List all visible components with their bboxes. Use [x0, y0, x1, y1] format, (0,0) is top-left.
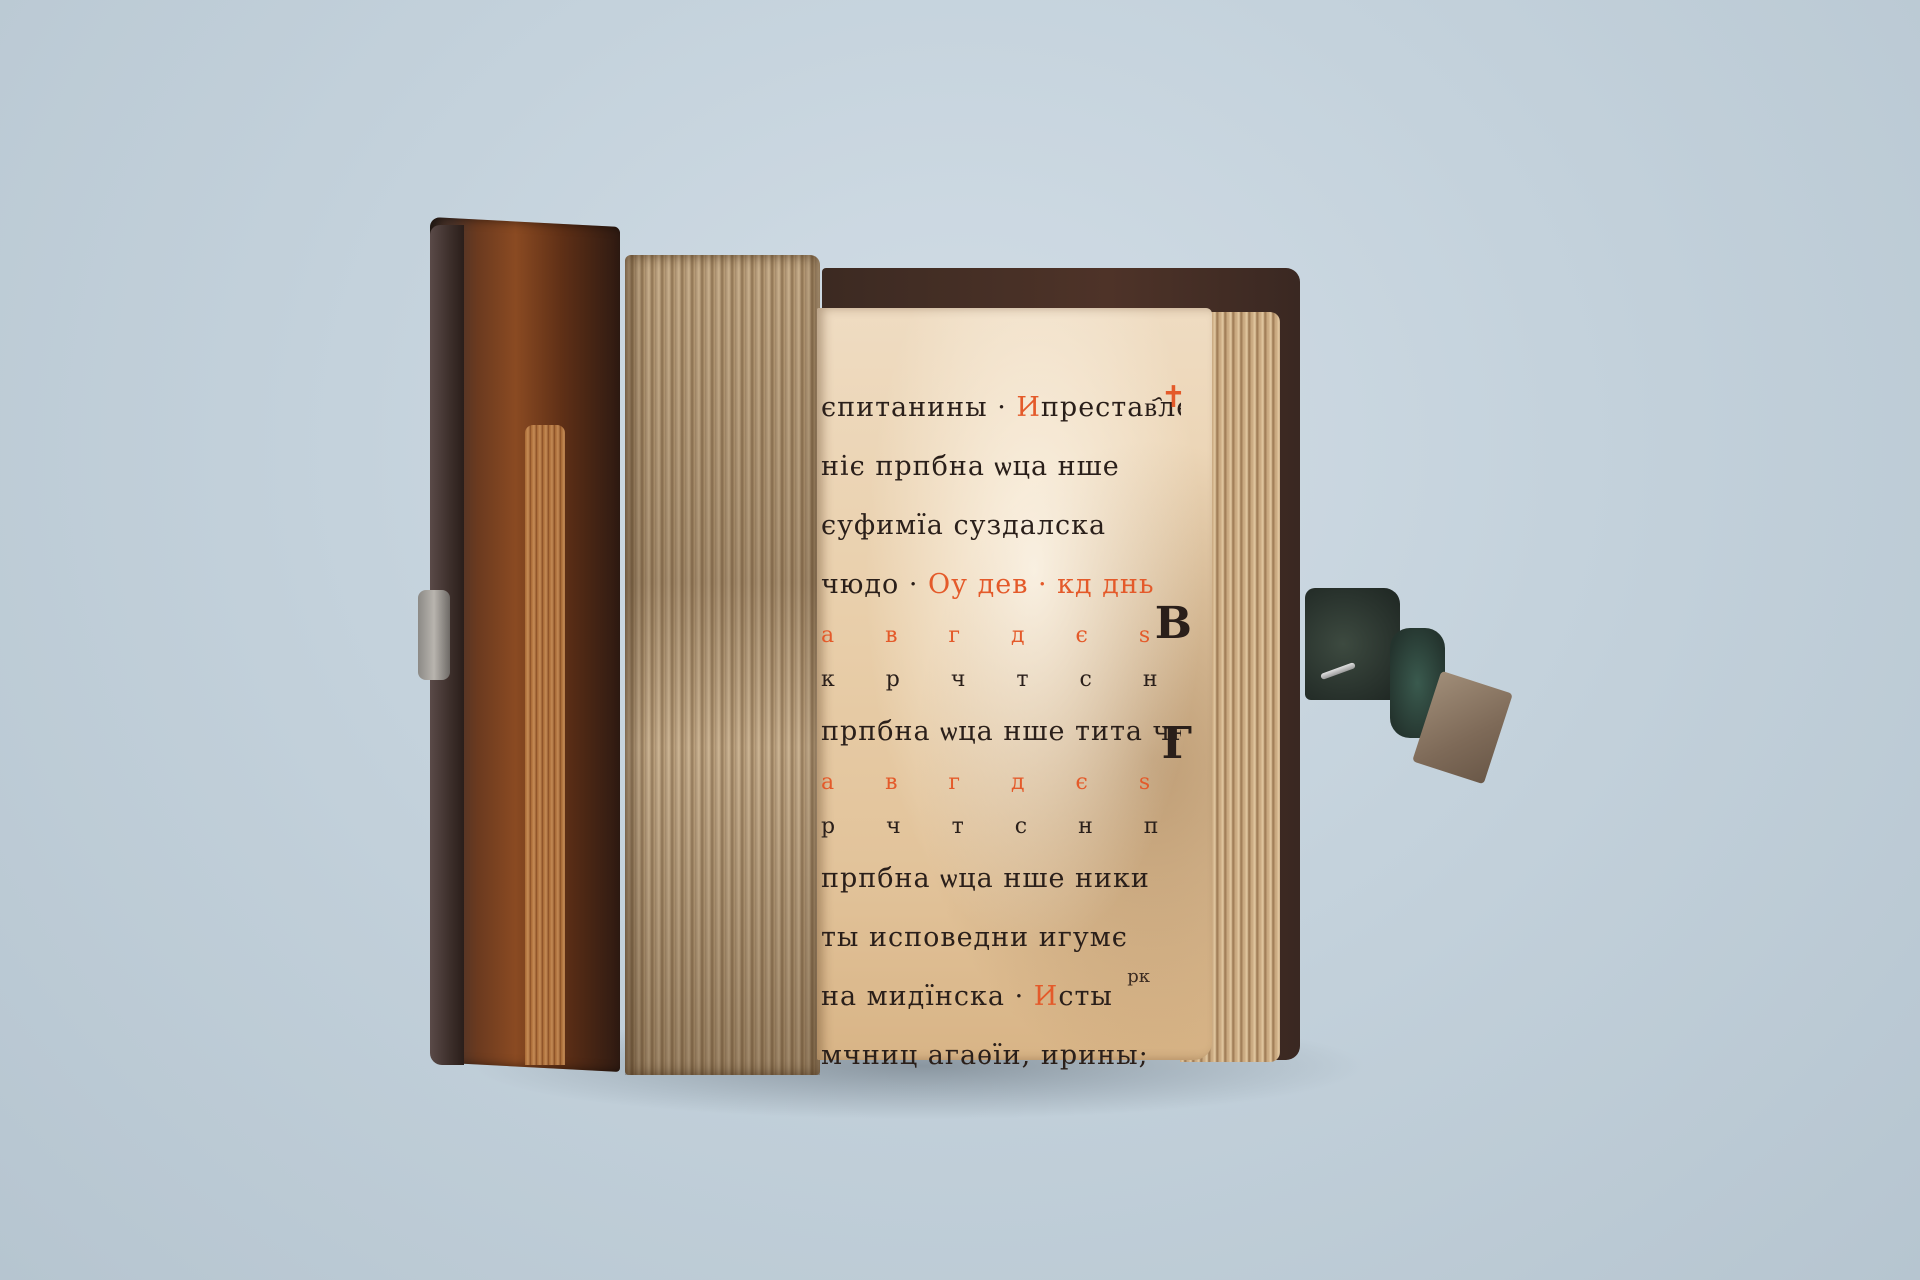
page-block-fore-edge: [625, 255, 820, 1075]
clasp-strap: [1305, 588, 1400, 700]
text-line: а в г д є ѕ з: [821, 761, 1181, 805]
manuscript-page: єпитанины · Ипрестав҄ле ніє прпбна ѡца н…: [817, 308, 1212, 1060]
margin-letter-v: В: [1155, 598, 1192, 649]
text-line: ніє прпбна ѡца нше: [821, 437, 1181, 496]
rubric-cross-mark: ✝: [1161, 380, 1186, 415]
folio-number: рк: [1127, 966, 1150, 987]
text-line: а в г д є ѕ з: [821, 614, 1181, 658]
text-line: р ч т с н п в: [821, 805, 1181, 849]
text-line: єпитанины · Ипрестав҄ле: [821, 378, 1181, 437]
left-clasp-catch: [418, 590, 450, 680]
margin-letter-g: Г: [1162, 718, 1192, 769]
loose-leaves: [525, 425, 565, 1065]
text-line: к р ч т с н п: [821, 658, 1181, 702]
text-line: прпбна ѡца нше тита чюд: [821, 702, 1181, 761]
text-line: єуфимїа суздалска: [821, 496, 1181, 555]
text-line: чюдо · Оу дев · кд днь: [821, 555, 1181, 614]
photo-scene: єпитанины · Ипрестав҄ле ніє прпбна ѡца н…: [0, 0, 1920, 1280]
text-line: мчниц агаѳїи, ирины;: [821, 1026, 1181, 1085]
text-line: прпбна ѡца нше ники: [821, 849, 1181, 908]
text-line: ты исповедни игумє: [821, 908, 1181, 967]
